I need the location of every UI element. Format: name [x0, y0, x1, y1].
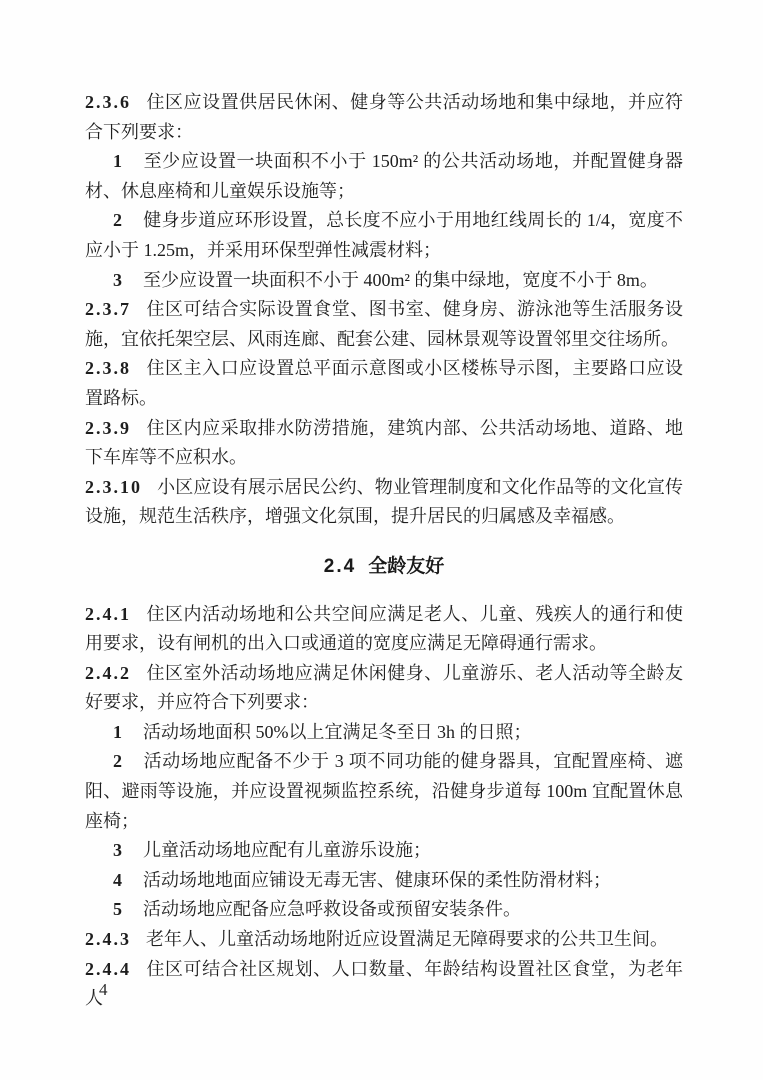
clause-paragraph: 2.4.1住区内活动场地和公共空间应满足老人、儿童、残疾人的通行和使用要求，设有…: [85, 600, 683, 659]
section-title: 全龄友好: [368, 556, 444, 577]
item-number: 2: [113, 210, 122, 230]
clause-number: 2.3.9: [85, 418, 131, 438]
clause-number: 2.3.6: [85, 92, 131, 112]
item-number: 1: [113, 151, 122, 171]
item-number: 1: [113, 722, 122, 742]
list-item: 3至少应设置一块面积不小于 400m² 的集中绿地，宽度不小于 8m。: [85, 266, 683, 296]
clause-paragraph: 2.4.2住区室外活动场地应满足休闲健身、儿童游乐、老人活动等全龄友好要求，并应…: [85, 659, 683, 718]
section-heading: 2.4全龄友好: [85, 552, 683, 582]
clause-number: 2.3.8: [85, 358, 131, 378]
clause-text: 住区主入口应设置总平面示意图或小区楼栋导示图，主要路口应设置路标。: [85, 358, 683, 408]
item-text: 至少应设置一块面积不小于 400m² 的集中绿地，宽度不小于 8m。: [143, 270, 658, 290]
item-number: 3: [113, 270, 122, 290]
item-text: 活动场地应配备不少于 3 项不同功能的健身器具，宜配置座椅、遮阳、避雨等设施，并…: [85, 751, 683, 830]
clause-text: 老年人、儿童活动场地附近应设置满足无障碍要求的公共卫生间。: [146, 929, 668, 949]
page-number: 4: [99, 978, 108, 1002]
item-text: 活动场地面积 50%以上宜满足冬至日 3h 的日照；: [143, 722, 532, 742]
clause-paragraph: 2.3.9住区内应采取排水防涝措施，建筑内部、公共活动场地、道路、地下车库等不应…: [85, 414, 683, 473]
clause-number: 2.4.1: [85, 604, 131, 624]
clause-number: 2.4.2: [85, 663, 131, 683]
page-body: 2.3.6住区应设置供居民休闲、健身等公共活动场地和集中绿地，并应符合下列要求：…: [85, 88, 683, 1014]
item-text: 活动场地地面应铺设无毒无害、健康环保的柔性防滑材料；: [143, 870, 611, 890]
clause-text: 住区应设置供居民休闲、健身等公共活动场地和集中绿地，并应符合下列要求：: [85, 92, 683, 142]
clause-text: 住区可结合实际设置食堂、图书室、健身房、游泳池等生活服务设施，宜依托架空层、风雨…: [85, 299, 683, 349]
clause-text: 住区内活动场地和公共空间应满足老人、儿童、残疾人的通行和使用要求，设有闸机的出入…: [85, 604, 683, 654]
document-page: 2.3.6住区应设置供居民休闲、健身等公共活动场地和集中绿地，并应符合下列要求：…: [0, 0, 763, 1080]
clause-number: 2.4.3: [85, 929, 131, 949]
list-item: 2活动场地应配备不少于 3 项不同功能的健身器具，宜配置座椅、遮阳、避雨等设施，…: [85, 747, 683, 836]
list-item: 1活动场地面积 50%以上宜满足冬至日 3h 的日照；: [85, 718, 683, 748]
list-item: 4活动场地地面应铺设无毒无害、健康环保的柔性防滑材料；: [85, 866, 683, 896]
clause-number: 2.4.4: [85, 959, 131, 979]
item-number: 4: [113, 870, 122, 890]
list-item: 2健身步道应环形设置，总长度不应小于用地红线周长的 1/4，宽度不应小于 1.2…: [85, 206, 683, 265]
clause-text: 住区可结合社区规划、人口数量、年龄结构设置社区食堂，为老年人: [85, 959, 683, 1009]
clause-paragraph: 2.3.6住区应设置供居民休闲、健身等公共活动场地和集中绿地，并应符合下列要求：: [85, 88, 683, 147]
item-number: 5: [113, 899, 122, 919]
clause-paragraph: 2.3.8住区主入口应设置总平面示意图或小区楼栋导示图，主要路口应设置路标。: [85, 354, 683, 413]
list-item: 5活动场地应配备应急呼救设备或预留安装条件。: [85, 895, 683, 925]
clause-paragraph: 2.4.4住区可结合社区规划、人口数量、年龄结构设置社区食堂，为老年人: [85, 955, 683, 1014]
clause-text: 小区应设有展示居民公约、物业管理制度和文化作品等的文化宣传设施，规范生活秩序，增…: [85, 477, 683, 527]
clause-text: 住区室外活动场地应满足休闲健身、儿童游乐、老人活动等全龄友好要求，并应符合下列要…: [85, 663, 683, 713]
item-number: 3: [113, 840, 122, 860]
clause-text: 住区内应采取排水防涝措施，建筑内部、公共活动场地、道路、地下车库等不应积水。: [85, 418, 683, 468]
item-text: 儿童活动场地应配有儿童游乐设施；: [143, 840, 431, 860]
clause-number: 2.3.10: [85, 477, 142, 497]
clause-paragraph: 2.3.7住区可结合实际设置食堂、图书室、健身房、游泳池等生活服务设施，宜依托架…: [85, 295, 683, 354]
section-number: 2.4: [324, 556, 356, 577]
clause-number: 2.3.7: [85, 299, 131, 319]
list-item: 1至少应设置一块面积不小于 150m² 的公共活动场地，并配置健身器材、休息座椅…: [85, 147, 683, 206]
clause-paragraph: 2.3.10小区应设有展示居民公约、物业管理制度和文化作品等的文化宣传设施，规范…: [85, 473, 683, 532]
item-text: 健身步道应环形设置，总长度不应小于用地红线周长的 1/4，宽度不应小于 1.25…: [85, 210, 683, 260]
list-item: 3儿童活动场地应配有儿童游乐设施；: [85, 836, 683, 866]
item-text: 活动场地应配备应急呼救设备或预留安装条件。: [143, 899, 521, 919]
clause-paragraph: 2.4.3老年人、儿童活动场地附近应设置满足无障碍要求的公共卫生间。: [85, 925, 683, 955]
item-text: 至少应设置一块面积不小于 150m² 的公共活动场地，并配置健身器材、休息座椅和…: [85, 151, 683, 201]
item-number: 2: [113, 751, 122, 771]
